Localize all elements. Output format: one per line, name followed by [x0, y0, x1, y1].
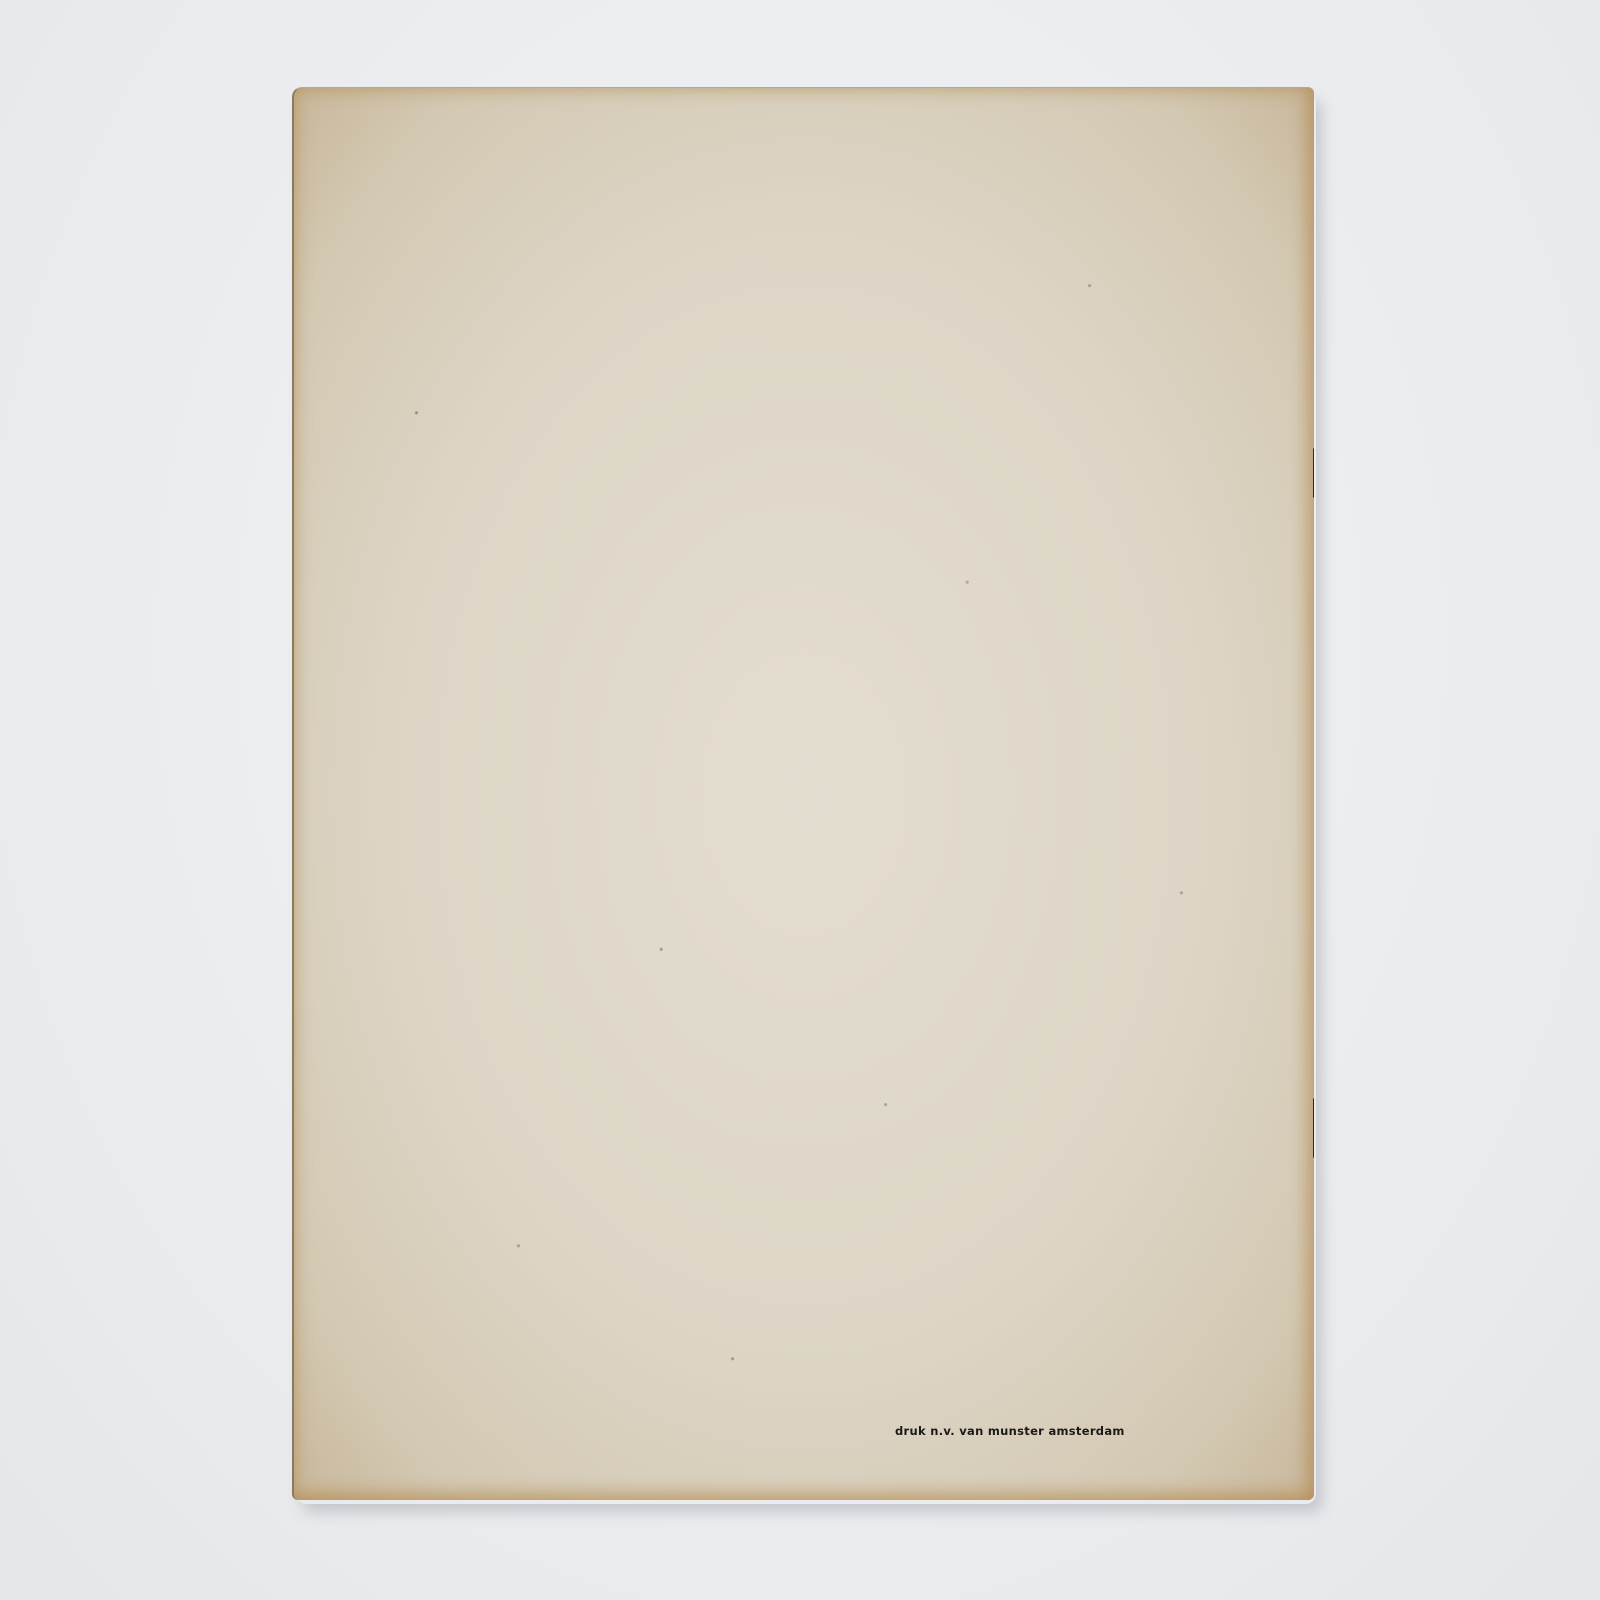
- staple-mark: [1313, 1098, 1314, 1158]
- booklet-back-cover: druk n.v. van munster amsterdam: [292, 87, 1314, 1500]
- printer-imprint: druk n.v. van munster amsterdam: [895, 1424, 1125, 1438]
- staple-mark: [1313, 448, 1314, 498]
